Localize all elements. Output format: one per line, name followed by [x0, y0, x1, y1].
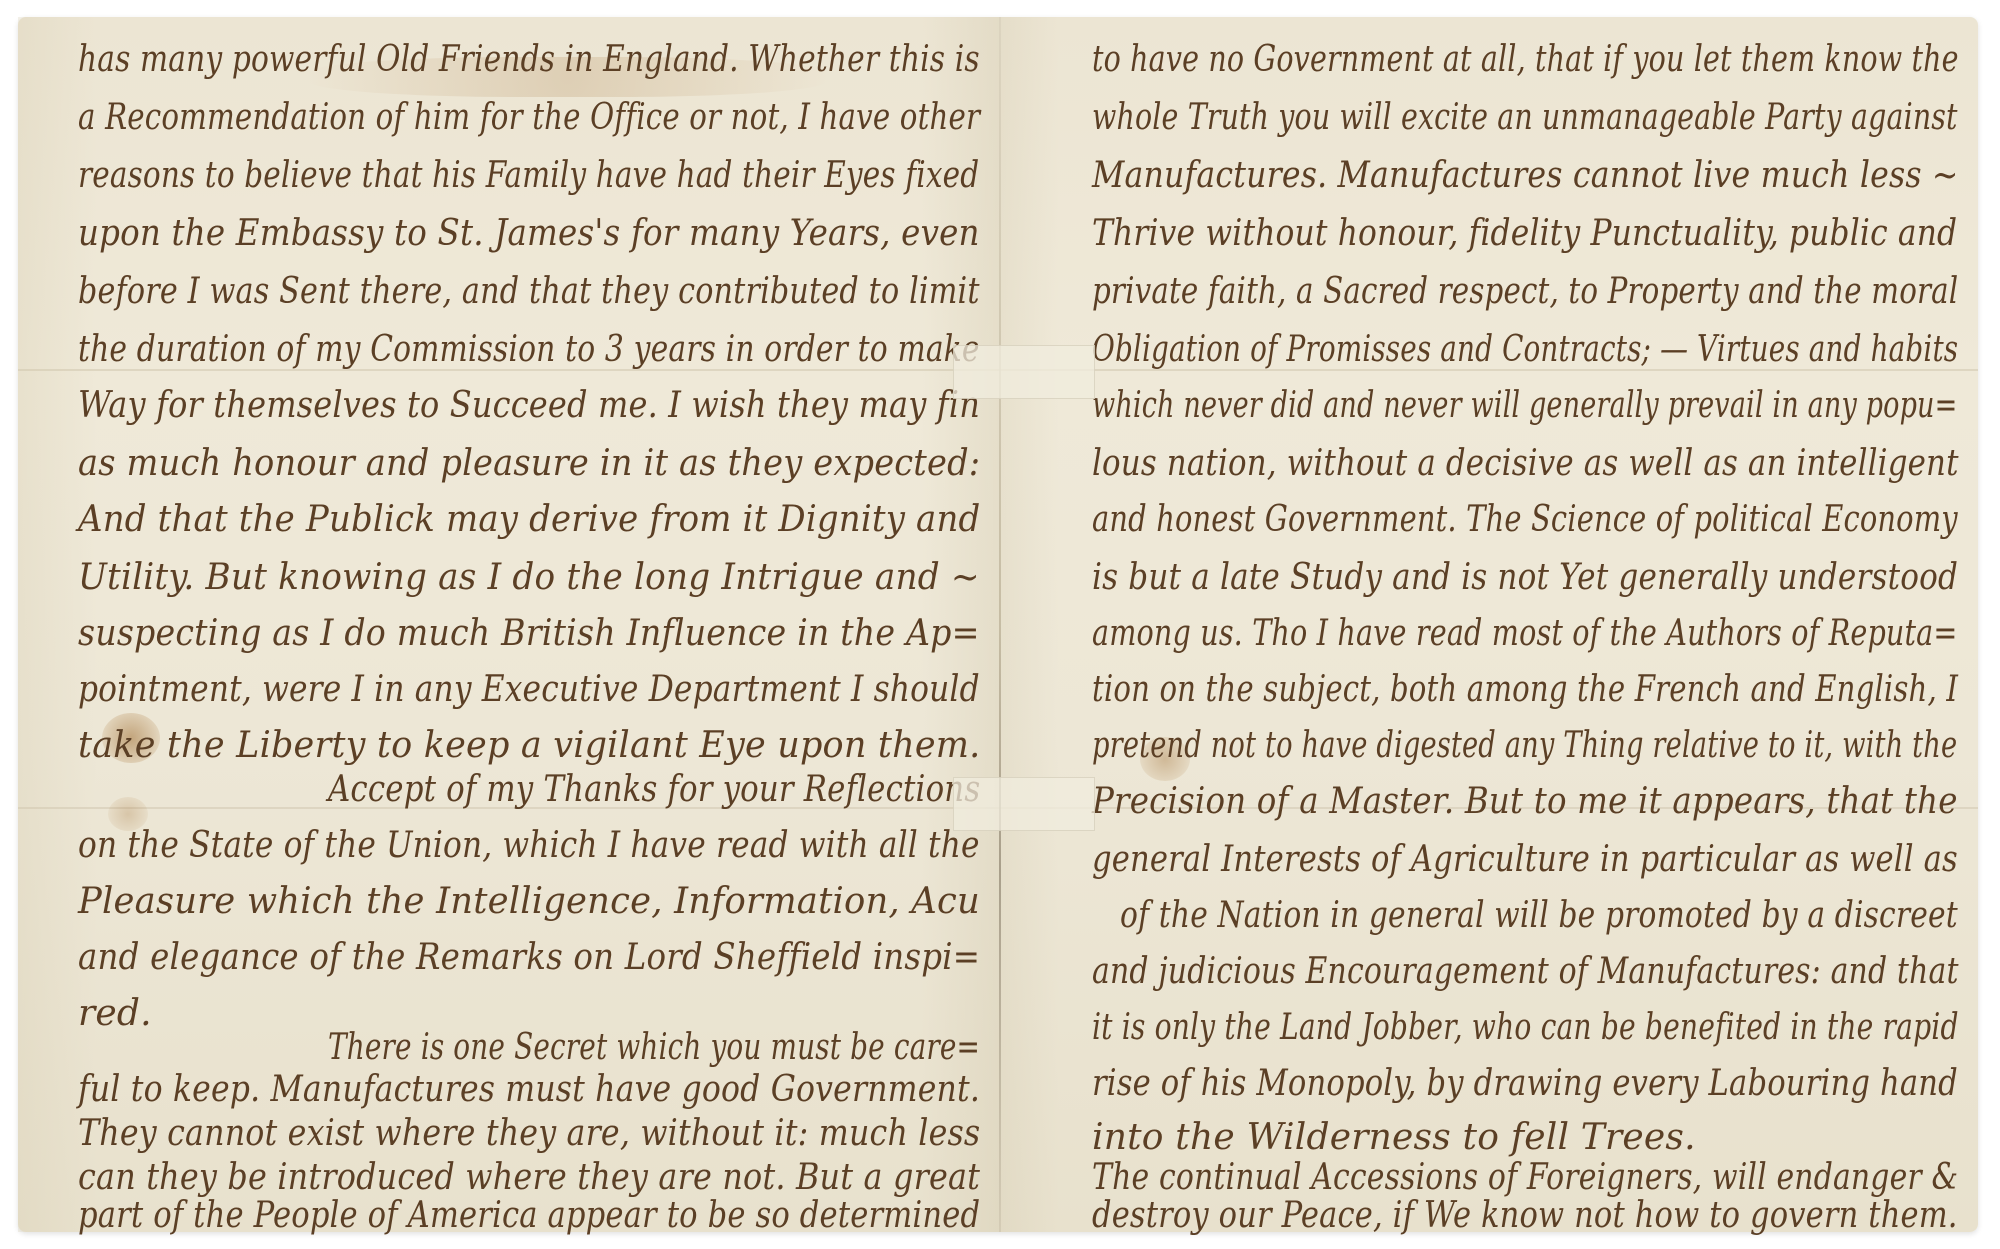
letter-line: And that the Publick may derive from it …	[78, 499, 980, 540]
letter-line: There is one Secret which you must be ca…	[328, 1027, 980, 1068]
letter-line: Pleasure which the Intelligence, Informa…	[78, 881, 980, 922]
letter-line: into the Wilderness to fell Trees.	[1092, 1117, 1696, 1158]
letter-line: to have no Government at all, that if yo…	[1092, 39, 1959, 80]
center-fold	[999, 17, 1001, 1232]
letter-line: the duration of my Commission to 3 years…	[78, 329, 980, 370]
letter-line: Utility. But knowing as I do the long In…	[78, 557, 980, 598]
letter-line: private faith, a Sacred respect, to Prop…	[1092, 271, 1958, 312]
letter-line: which never did and never will generally…	[1092, 385, 1957, 426]
letter-line: ful to keep. Manufactures must have good…	[78, 1069, 980, 1110]
letter-line: lous nation, without a decisive as well …	[1092, 443, 1959, 484]
letter-line: tion on the subject, both among the Fren…	[1092, 669, 1958, 710]
letter-line: it is only the Land Jobber, who can be b…	[1092, 1007, 1959, 1048]
letter-line: destroy our Peace, if We know not how to…	[1092, 1195, 1958, 1236]
letter-line: of the Nation in general will be promote…	[1120, 895, 1958, 936]
letter-line: pretend not to have digested any Thing r…	[1092, 725, 1957, 766]
letter-line: is but a late Study and is not Yet gener…	[1092, 557, 1958, 598]
letter-line: can they be introduced where they are no…	[78, 1157, 980, 1198]
letter-line: They cannot exist where they are, withou…	[78, 1113, 980, 1154]
letter-line: Way for themselves to Succeed me. I wish…	[78, 385, 980, 426]
letter-line: reasons to believe that his Family have …	[78, 155, 979, 196]
letter-line: rise of his Monopoly, by drawing every L…	[1092, 1063, 1958, 1104]
letter-line: The continual Accessions of Foreigners, …	[1092, 1157, 1958, 1198]
letter-line: before I was Sent there, and that they c…	[78, 271, 980, 312]
letter-line: whole Truth you will excite an unmanagea…	[1092, 97, 1958, 138]
letter-line: red.	[78, 993, 152, 1034]
letter-line: Precision of a Master. But to me it appe…	[1092, 781, 1958, 822]
letter-line: on the State of the Union, which I have …	[78, 825, 980, 866]
letter-line: and elegance of the Remarks on Lord Shef…	[78, 937, 980, 978]
letter-line: Obligation of Promisses and Contracts; —…	[1092, 329, 1958, 370]
letter-line: and judicious Encouragement of Manufactu…	[1092, 951, 1959, 992]
left-page: has many powerful Old Friends in England…	[18, 17, 1000, 1232]
letter-line: suspecting as I do much British Influenc…	[78, 613, 980, 654]
letter-line: as much honour and pleasure in it as the…	[78, 443, 980, 484]
letter-sheet: has many powerful Old Friends in England…	[18, 17, 1978, 1232]
letter-line: general Interests of Agriculture in part…	[1092, 839, 1958, 880]
right-page: to have no Government at all, that if yo…	[1000, 17, 1978, 1232]
letter-line: upon the Embassy to St. James's for many…	[78, 213, 980, 254]
letter-line: part of the People of America appear to …	[78, 1195, 980, 1236]
tape-strip-bottom	[953, 777, 1095, 831]
letter-line: pointment, were I in any Executive Depar…	[78, 669, 980, 710]
letter-line: Accept of my Thanks for your Reflections	[328, 769, 980, 810]
letter-line: take the Liberty to keep a vigilant Eye …	[78, 725, 980, 766]
letter-line: Manufactures. Manufactures cannot live m…	[1092, 155, 1959, 196]
tape-strip-top	[953, 345, 1095, 399]
letter-line: and honest Government. The Science of po…	[1092, 499, 1958, 540]
letter-line: among us. Tho I have read most of the Au…	[1092, 613, 1958, 654]
letter-line: Thrive without honour, fidelity Punctual…	[1092, 213, 1957, 254]
letter-line: has many powerful Old Friends in England…	[78, 39, 980, 80]
letter-line: a Recommendation of him for the Office o…	[78, 97, 980, 138]
